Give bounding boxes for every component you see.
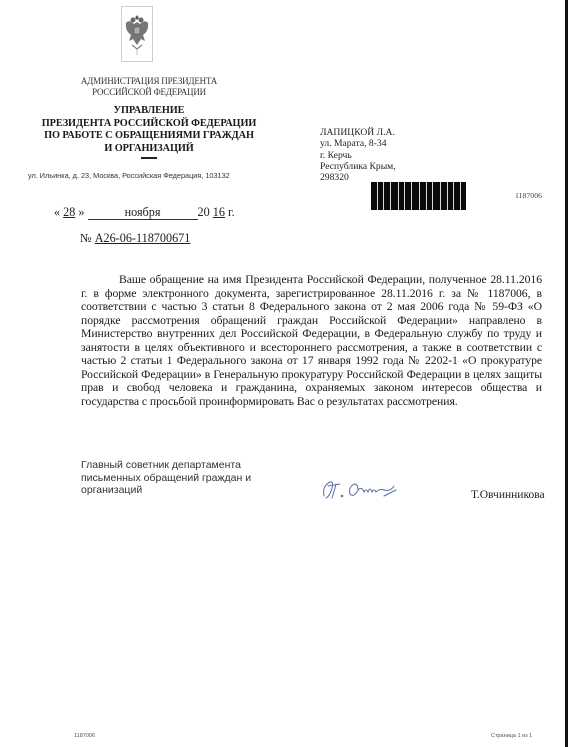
recipient-name: ЛАПИЦКОЙ Л.А.	[320, 127, 396, 138]
number-sign: №	[80, 231, 92, 245]
department-line: И ОРГАНИЗАЦИЙ	[38, 143, 260, 156]
sender-address: ул. Ильинка, д. 23, Москва, Российская Ф…	[28, 171, 230, 180]
administration-name: АДМИНИСТРАЦИЯ ПРЕЗИДЕНТА РОССИЙСКОЙ ФЕДЕ…	[45, 76, 253, 98]
department-line: ПРЕЗИДЕНТА РОССИЙСКОЙ ФЕДЕРАЦИИ	[38, 118, 260, 131]
date-year-suffix: 16	[213, 205, 225, 219]
date-year-prefix: 20	[198, 205, 210, 219]
footer-page-number: Страница 1 из 1	[491, 733, 532, 739]
signer-position-line: письменных обращений граждан и	[81, 472, 261, 485]
barcode-number: 1187006	[515, 191, 542, 200]
coat-of-arms-emblem	[121, 6, 153, 62]
date-year-label: г.	[228, 205, 235, 219]
barcode	[371, 182, 481, 210]
handwritten-signature-icon	[318, 474, 408, 504]
letter-body: Ваше обращение на имя Президента Российс…	[81, 273, 542, 408]
registration-value: А26-06-118700671	[95, 231, 191, 245]
recipient-street: ул. Марата, 8-34	[320, 138, 396, 149]
admin-line: РОССИЙСКОЙ ФЕДЕРАЦИИ	[45, 87, 253, 98]
footer-document-id: 1187006	[74, 733, 95, 739]
department-line: ПО РАБОТЕ С ОБРАЩЕНИЯМИ ГРАЖДАН	[38, 130, 260, 143]
signer-position: Главный советник департамента письменных…	[81, 459, 261, 497]
date-quote: «	[54, 205, 60, 219]
registration-number: № А26-06-118700671	[80, 231, 190, 246]
recipient-city: г. Керчь	[320, 150, 396, 161]
letter-date: « 28 » ноября20 16 г.	[54, 205, 235, 220]
date-month: ноября	[88, 206, 198, 220]
signer-position-line: организаций	[81, 484, 261, 497]
header-divider	[141, 157, 157, 159]
recipient-address: ЛАПИЦКОЙ Л.А. ул. Марата, 8-34 г. Керчь …	[320, 127, 396, 183]
signer-position-line: Главный советник департамента	[81, 459, 261, 472]
date-day: 28	[63, 205, 75, 219]
recipient-region: Республика Крым,	[320, 161, 396, 172]
russian-coat-of-arms-icon	[123, 9, 151, 59]
admin-line: АДМИНИСТРАЦИЯ ПРЕЗИДЕНТА	[45, 76, 253, 87]
date-quote: »	[78, 205, 84, 219]
department-name: УПРАВЛЕНИЕ ПРЕЗИДЕНТА РОССИЙСКОЙ ФЕДЕРАЦ…	[38, 105, 260, 155]
signer-name: Т.Овчинникова	[471, 489, 545, 501]
department-line: УПРАВЛЕНИЕ	[38, 105, 260, 118]
